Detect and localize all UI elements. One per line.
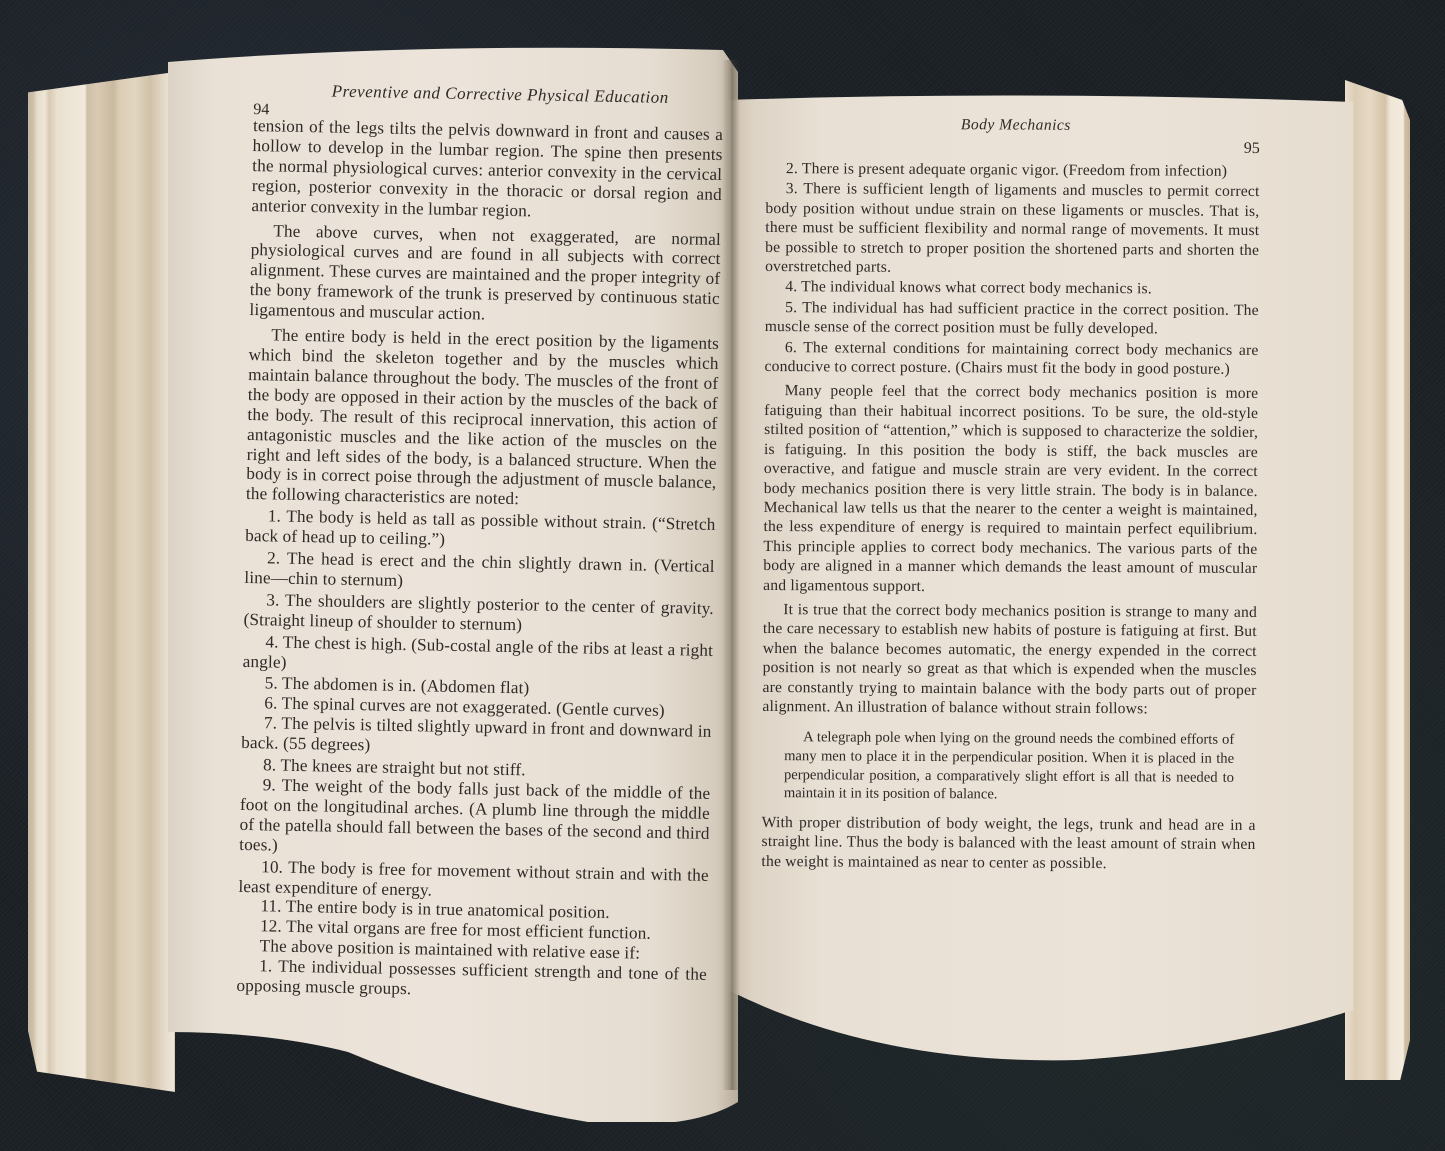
list-item: 3. The shoulders are slightly posterior … <box>243 590 714 639</box>
list-item: 7. The pelvis is tilted slightly upward … <box>241 713 712 762</box>
list-item: 9. The weight of the body falls just bac… <box>239 775 710 864</box>
paragraph: tension of the legs tilts the pelvis dow… <box>251 116 723 225</box>
paragraph: It is true that the correct body mechani… <box>762 600 1257 719</box>
running-title: Preventive and Corrective Physical Educa… <box>332 81 669 107</box>
list-item: 4. The individual knows what correct bod… <box>765 277 1259 299</box>
book-gutter <box>722 60 740 1090</box>
open-book: 94 Preventive and Corrective Physical Ed… <box>0 0 1445 1151</box>
paragraph: Many people feel that the correct body m… <box>763 381 1258 597</box>
running-title: Body Mechanics <box>961 115 1071 135</box>
page-number: 95 <box>1244 139 1260 159</box>
right-page-text: Body Mechanics 95 2. There is present ad… <box>761 118 1260 874</box>
paragraph: The entire body is held in the erect pos… <box>246 325 719 513</box>
list-item: 4. The chest is high. (Sub-costal angle … <box>243 632 714 681</box>
blockquote-text: A telegraph pole when lying on the groun… <box>784 728 1234 805</box>
list-item: 6. The external conditions for maintaini… <box>764 338 1258 380</box>
list-item: 5. The individual has had sufficient pra… <box>765 298 1259 340</box>
list-item: 1. The body is held as tall as possible … <box>245 506 716 555</box>
page-number: 94 <box>253 100 269 120</box>
list-item: 2. There is present adequate organic vig… <box>766 159 1260 181</box>
left-page-text: 94 Preventive and Corrective Physical Ed… <box>236 76 724 1005</box>
list-item: 2. The head is erect and the chin slight… <box>244 548 715 597</box>
paragraph: With proper distribution of body weight,… <box>761 813 1255 874</box>
left-page-block-edge <box>25 72 175 1092</box>
list-item: 3. There is sufficient length of ligamen… <box>765 179 1260 279</box>
right-running-head: Body Mechanics 95 <box>766 118 1260 161</box>
paragraph: The above curves, when not exaggerated, … <box>249 221 721 330</box>
blockquote: A telegraph pole when lying on the groun… <box>784 728 1234 805</box>
right-page-block-edge <box>1345 80 1410 1080</box>
